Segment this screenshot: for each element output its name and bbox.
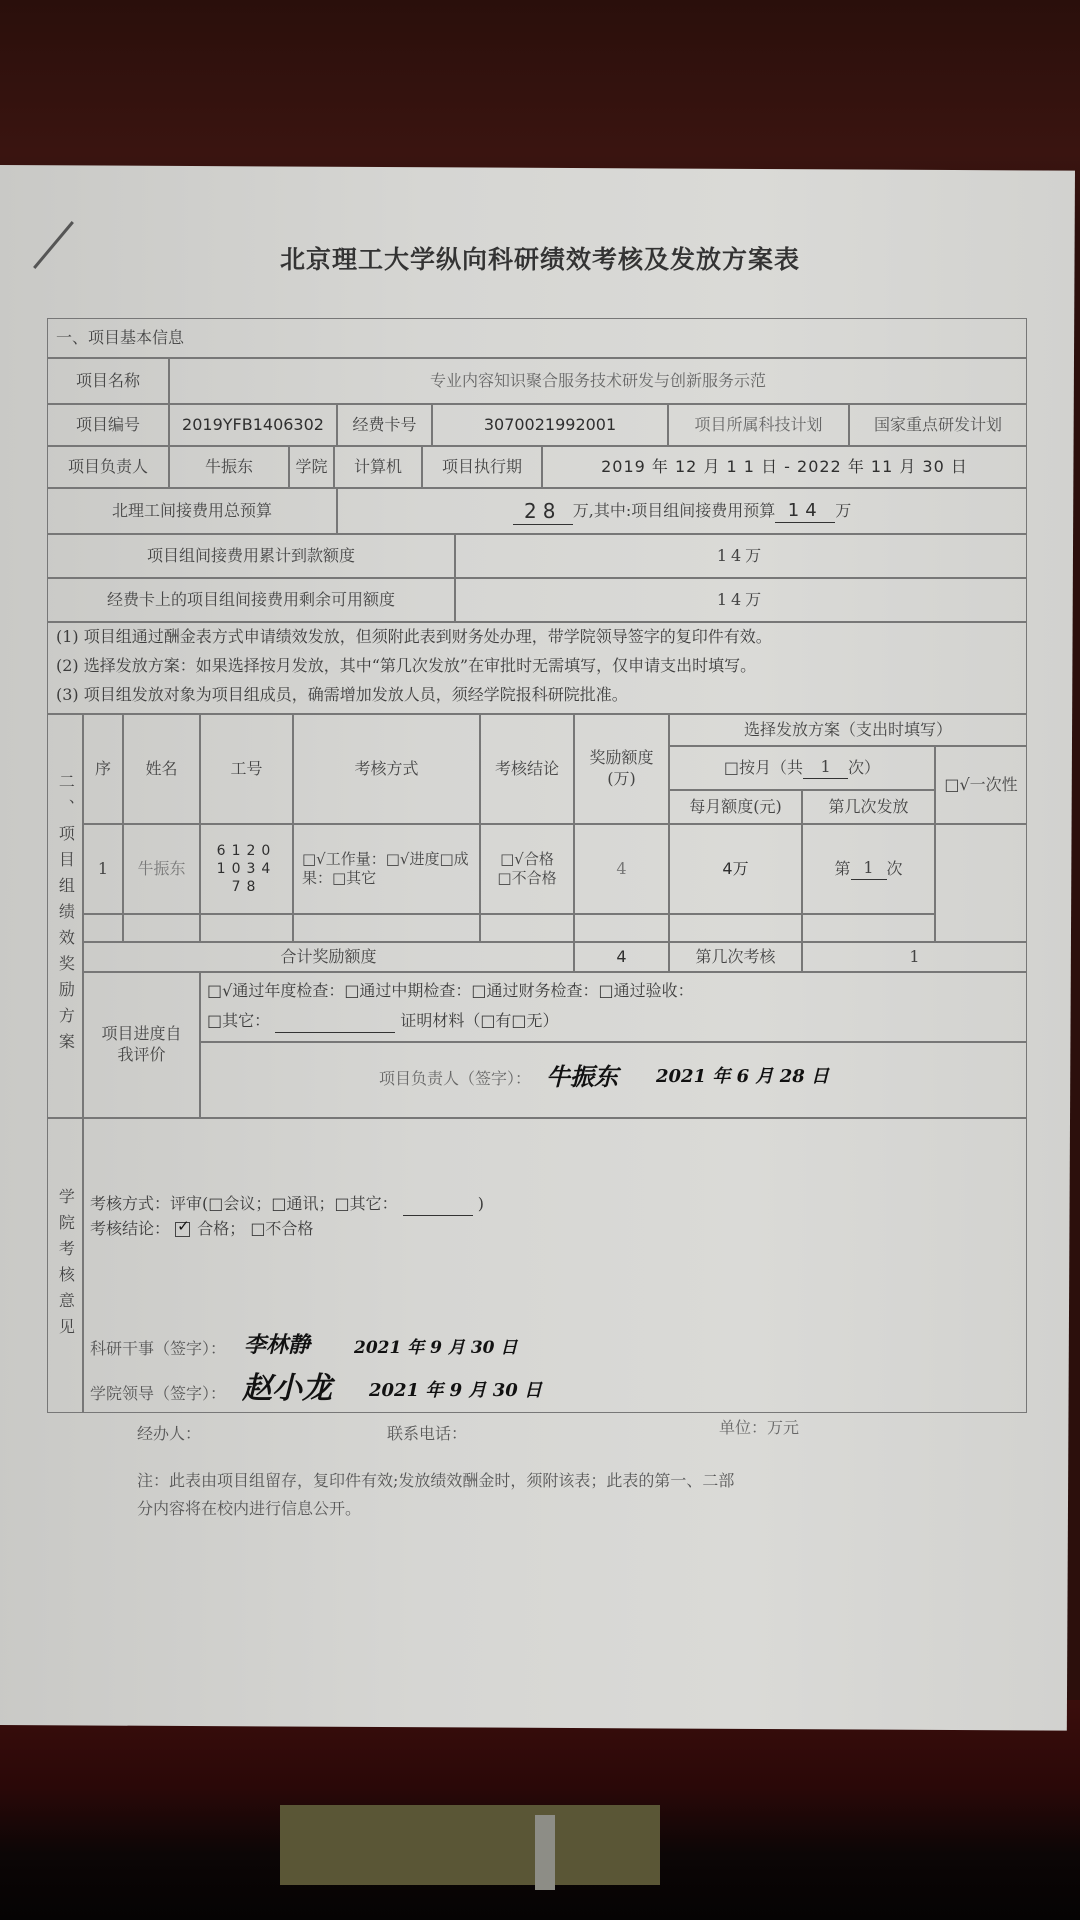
header-monthly-text: □按月（共: [724, 758, 803, 779]
form-title: 北京理工大学纵向科研绩效考核及发放方案表: [0, 240, 1080, 276]
empty-cell: [293, 914, 480, 942]
leader-sign-date: 2021 年 6 月 28 日: [656, 1065, 829, 1088]
self-eval-other: □其它：: [207, 1011, 270, 1030]
section3-method: 考核方式：评审(□会议；□通讯；□其它： ): [90, 1194, 484, 1216]
row-amount: 4: [574, 824, 669, 914]
budget-label: 北理工间接费用总预算: [47, 488, 337, 534]
row-nth-value: 1: [851, 858, 887, 880]
section3-content: 考核方式：评审(□会议；□通讯；□其它： ) 考核结论： ✓ 合格； □不合格 …: [83, 1118, 1027, 1413]
row-nth-suffix: 次: [887, 859, 903, 880]
budget-mid-text: 万,其中:项目组间接费用预算: [573, 501, 775, 522]
section3-method-text: 考核方式：评审(□会议；□通讯；□其它：: [90, 1194, 398, 1213]
project-no-value: 2019YFB1406302: [169, 404, 337, 446]
budget-unit: 万: [835, 501, 851, 522]
self-eval-label: 项目进度自我评价: [83, 972, 200, 1118]
note-2: (2) 选择发放方案：如果选择按月发放，其中“第几次发放”在审批时无需填写，仅申…: [56, 656, 756, 677]
empty-cell: [83, 914, 123, 942]
pass-checkbox-checked[interactable]: ✓: [175, 1222, 190, 1237]
secretary-sign-label: 科研干事（签字）：: [90, 1339, 226, 1360]
header-seq: 序: [83, 714, 123, 824]
result-pass-checkbox[interactable]: □√合格: [500, 850, 554, 870]
secretary-signature: 李林静: [244, 1331, 310, 1360]
unit-label: 单位：万元: [719, 1415, 799, 1438]
handler-label: 经办人：: [137, 1421, 201, 1444]
budget-total: 28: [513, 498, 573, 525]
leader-value: 牛振东: [169, 446, 289, 488]
card-no-label: 经费卡号: [337, 404, 432, 446]
project-no-label: 项目编号: [47, 404, 169, 446]
header-plan: 选择发放方案（支出时填写）: [669, 714, 1027, 746]
header-monthly-count: 1: [803, 757, 848, 779]
row-nth: 第 1 次: [802, 824, 935, 914]
header-monthly: □按月（共 1 次）: [669, 746, 935, 790]
empty-cell: [200, 914, 293, 942]
budget-value: 28 万,其中:项目组间接费用预算 14 万: [337, 488, 1027, 534]
section3-method-close: ): [478, 1194, 484, 1213]
plan-value: 国家重点研发计划: [849, 404, 1027, 446]
header-nth-payment: 第几次发放: [802, 790, 935, 824]
row-seq: 1: [83, 824, 123, 914]
project-name-value: 专业内容知识聚合服务技术研发与创新服务示范: [169, 358, 1027, 404]
footer-note-line1: 注：此表由项目组留存，复印件有效;发放绩效酬金时，须附该表；此表的第一、二部: [137, 1468, 734, 1491]
row-once: [935, 824, 1027, 942]
self-eval-proof: 证明材料（□有□无）: [400, 1011, 558, 1030]
header-amount: 奖励额度(万): [574, 714, 669, 824]
header-method: 考核方式: [293, 714, 480, 824]
row-method: □√工作量：□√进度□成果：□其它: [293, 824, 480, 914]
section3-result-pass: 合格；: [197, 1219, 245, 1238]
leader-sign-label: 项目负责人（签字）：: [379, 1069, 531, 1090]
total-value: 4: [574, 942, 669, 972]
college-label: 学院: [289, 446, 334, 488]
secretary-date: 2021 年 9 月 30 日: [354, 1337, 517, 1359]
empty-cell: [123, 914, 200, 942]
header-result: 考核结论: [480, 714, 574, 824]
row-nth-prefix: 第: [834, 859, 850, 880]
section3-side-label: 学院考核意见: [47, 1118, 83, 1413]
received-value: 14万: [455, 534, 1027, 578]
section3-result-fail[interactable]: □不合格: [250, 1219, 313, 1238]
period-label: 项目执行期: [422, 446, 542, 488]
empty-cell: [669, 914, 802, 942]
header-monthly-amount: 每月额度(元): [669, 790, 802, 824]
section1-notes: (1) 项目组通过酬金表方式申请绩效发放，但须附此表到财务处办理，带学院领导签字…: [47, 622, 1027, 714]
section3-result-label: 考核结论：: [90, 1219, 170, 1238]
nth-review-label: 第几次考核: [669, 942, 802, 972]
note-3: (3) 项目组发放对象为项目组成员，确需增加发放人员，须经学院报科研院批准。: [56, 685, 628, 706]
self-eval-line2: □其它： 证明材料（□有□无）: [207, 1011, 559, 1033]
background-chair: [280, 1805, 660, 1885]
row-name: 牛振东: [123, 824, 200, 914]
section3-result: 考核结论： ✓ 合格； □不合格: [90, 1219, 313, 1240]
row-staff-id: 6120 1034 78: [200, 824, 293, 914]
card-no-value: 3070021992001: [432, 404, 668, 446]
dean-sign-label: 学院领导（签字）：: [90, 1384, 226, 1405]
form-table: 一、项目基本信息 项目名称 专业内容知识聚合服务技术研发与创新服务示范 项目编号…: [47, 318, 1027, 1418]
remaining-value: 14万: [455, 578, 1027, 622]
self-eval-options: □√通过年度检查：□通过中期检查：□通过财务检查：□通过验收： □其它： 证明材…: [200, 972, 1027, 1042]
section1-header: 一、项目基本信息: [47, 318, 1027, 358]
budget-group: 14: [775, 499, 835, 523]
row-monthly-amount: 4万: [669, 824, 802, 914]
note-1: (1) 项目组通过酬金表方式申请绩效发放，但须附此表到财务处办理，带学院领导签字…: [56, 627, 772, 648]
self-eval-line1: □√通过年度检查：□通过中期检查：□通过财务检查：□通过验收：: [207, 981, 694, 1002]
leader-label: 项目负责人: [47, 446, 169, 488]
empty-cell: [574, 914, 669, 942]
period-value: 2019 年 12 月 1 1 日 - 2022 年 11 月 30 日: [542, 446, 1027, 488]
college-value: 计算机: [334, 446, 422, 488]
background-chair-leg: [535, 1815, 555, 1890]
empty-cell: [802, 914, 935, 942]
project-name-label: 项目名称: [47, 358, 169, 404]
remaining-label: 经费卡上的项目组间接费用剩余可用额度: [47, 578, 455, 622]
phone-label: 联系电话：: [387, 1421, 467, 1444]
empty-cell: [480, 914, 574, 942]
self-eval-signature: 项目负责人（签字）： 牛振东 2021 年 6 月 28 日: [200, 1042, 1027, 1118]
result-fail-checkbox[interactable]: □不合格: [497, 869, 556, 889]
section2-side-label: 二、项目组绩效奖励方案: [47, 714, 83, 1118]
dean-date: 2021 年 9 月 30 日: [369, 1379, 542, 1402]
plan-label: 项目所属科技计划: [668, 404, 849, 446]
footer-note-line2: 分内容将在校内进行信息公开。: [137, 1496, 361, 1519]
leader-signature: 牛振东: [546, 1061, 618, 1092]
total-label: 合计奖励额度: [83, 942, 574, 972]
received-label: 项目组间接费用累计到款额度: [47, 534, 455, 578]
row-result: □√合格 □不合格: [480, 824, 574, 914]
nth-review-value: 1: [802, 942, 1027, 972]
header-monthly-suffix: 次）: [848, 758, 880, 779]
header-name: 姓名: [123, 714, 200, 824]
header-once: □√一次性: [935, 746, 1027, 824]
dean-signature: 赵小龙: [242, 1369, 332, 1408]
header-staff-id: 工号: [200, 714, 293, 824]
